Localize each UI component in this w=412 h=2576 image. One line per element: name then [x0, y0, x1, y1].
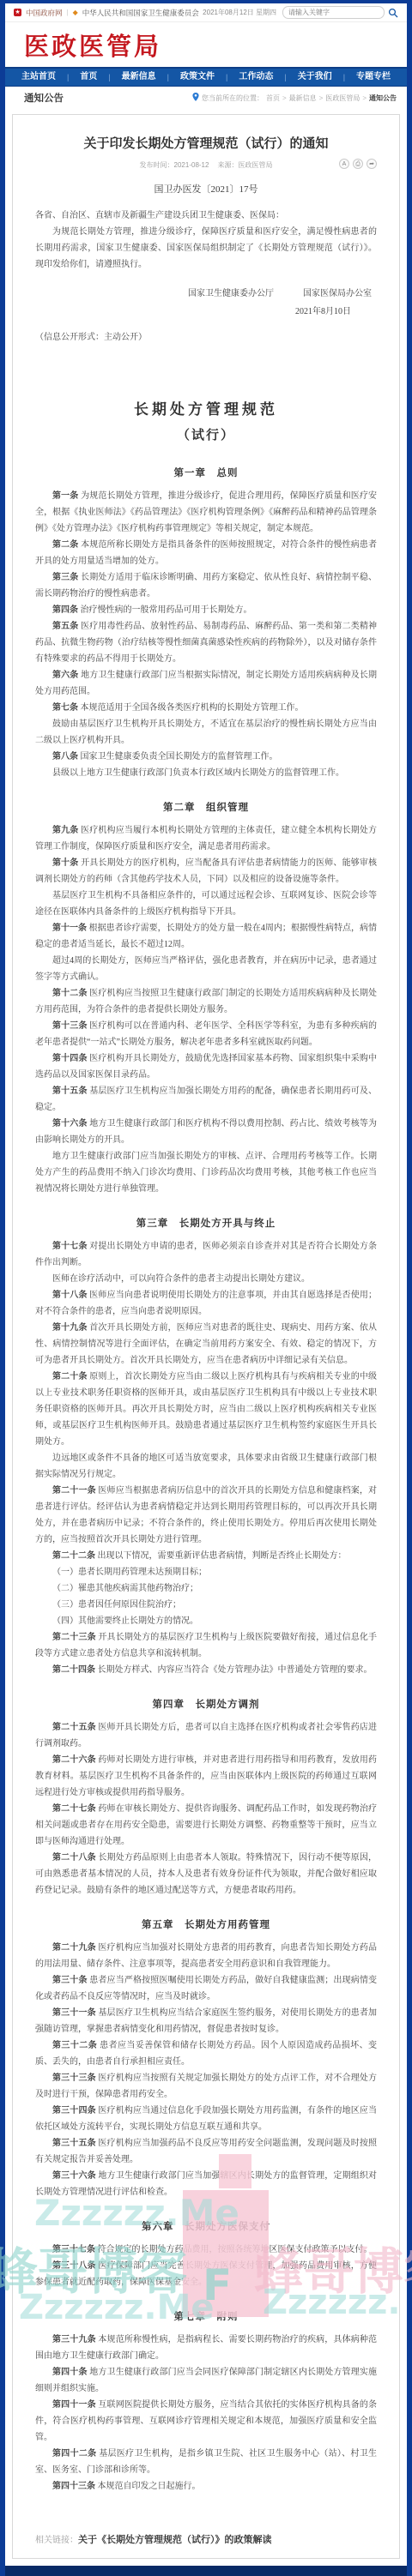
regulation-paragraph: 第十九条 首次开具长期处方前，医师应当对患者的既往史、现病史、用药方案、依从性、…: [35, 1320, 377, 1369]
breadcrumb-prefix: 您当前所在的位置：: [202, 93, 264, 103]
chapter-heading: 第六章 长期处方医保支付: [35, 2219, 377, 2233]
site-title: 医政医管局: [24, 27, 161, 63]
chapter-heading: 第一章 总则: [35, 466, 377, 479]
gov-portal-link[interactable]: 中国政府网: [26, 8, 63, 18]
regulation-paragraph: 第十二条 医疗机构应当按照卫生健康行政部门制定的长期处方适用疾病病种及长期处方用…: [35, 985, 377, 1018]
notice-body: 各省、自治区、直辖市及新疆生产建设兵团卫生健康委、医保局：为规范长期处方管理，推…: [35, 208, 377, 273]
regulation-body: 第一章 总则第一条 为规范长期处方管理，推进分级诊疗，促进合理用药，保障医疗质量…: [35, 466, 377, 2495]
search-button[interactable]: [388, 8, 398, 18]
search-input[interactable]: [282, 6, 385, 19]
regulation-paragraph: 第一条 为规范长期处方管理，推进分级诊疗，促进合理用药，保障医疗质量和医疗安全，…: [35, 488, 377, 537]
regulation-paragraph: 第四十三条 本规范自印发之日起施行。: [35, 2478, 377, 2495]
regulation-paragraph: 第十五条 基层医疗卫生机构应当加强长期处方用药的配备，确保患者长期用药可及、稳定…: [35, 1083, 377, 1116]
regulation-paragraph: 医师在诊疗活动中，可以向符合条件的患者主动提出长期处方建议。: [35, 1271, 377, 1287]
print-icon-glyph: ⎙: [355, 161, 360, 167]
regulation-paragraph: 第三十二条 患者应当妥善保管和储存长期处方药品。因个人原因造成药品损坏、变质、丢…: [35, 2037, 377, 2070]
regulation-title: 长期处方管理规范: [35, 397, 377, 418]
nav-item-6[interactable]: 专题专栏: [345, 69, 402, 86]
document-number: 国卫办医发〔2021〕17号: [35, 182, 377, 196]
chapter-heading: 第三章 长期处方开具与终止: [35, 1216, 377, 1230]
nav-item-4[interactable]: 工作动态: [227, 69, 284, 86]
regulation-paragraph: （三）患者因任何原因住院治疗；: [35, 1597, 377, 1613]
breadcrumb-item-0[interactable]: 首页: [266, 93, 280, 103]
regulation-paragraph: 第二十八条 长期处方药品原则上由患者本人领取。特殊情况下，因行动不便等原因，可由…: [35, 1850, 377, 1899]
regulation-paragraph: 第二十一条 医师应当根据患者病历信息中的首次开具的长期处方信息和健康档案，对患者…: [35, 1483, 377, 1548]
footer-band: [5, 2566, 407, 2576]
regulation-paragraph: 地方卫生健康行政部门应当加强长期处方的审核、点评、合理用药考核等工作。长期处方产…: [35, 1148, 377, 1197]
signing-date: 2021年8月10日: [35, 303, 377, 321]
regulation-paragraph: 第十一条 根据患者诊疗需要，长期处方的处方量一般在4周内；根据慢性病特点，病情稳…: [35, 920, 377, 953]
nav-item-1[interactable]: 首页: [69, 69, 108, 86]
regulation-paragraph: 超过4周的长期处方，医师应当严格评估，强化患者教育，并在病历中记录，患者通过签字…: [35, 953, 377, 985]
font-size-icon-glyph: A: [342, 161, 347, 167]
regulation-paragraph: 第六条 地方卫生健康行政部门应当根据实际情况，制定长期处方适用疾病病种及长期处方…: [35, 667, 377, 700]
regulation-paragraph: 第二十四条 长期处方样式、内容应当符合《处方管理办法》中普通处方管理的要求。: [35, 1662, 377, 1678]
regulation-paragraph: 第二十三条 开具长期处方的基层医疗卫生机构与上级医院要做好衔接，通过信息化手段等…: [35, 1629, 377, 1662]
section-strip: 通知公告 您当前所在的位置：首页>最新信息>医政医管局>通知公告: [5, 87, 407, 109]
publish-date: 发布时间：2021-08-12: [140, 160, 209, 170]
chapter-heading: 第二章 组织管理: [35, 800, 377, 814]
masthead: 医政医管局: [5, 22, 407, 67]
regulation-paragraph: 第十条 开具长期处方的医疗机构，应当配备具有评估患者病情能力的医师、能够审核调剂…: [35, 855, 377, 888]
regulation-paragraph: 第二十五条 医师开具长期处方后，患者可以自主选择在医疗机构或者社会零售药店进行调…: [35, 1719, 377, 1752]
regulation-paragraph: （二）罹患其他疾病需其他药物治疗；: [35, 1580, 377, 1597]
regulation-paragraph: 第三十八条 医疗保障部门应当完善长期处方医保支付管理，加强药品费用审核，方便参保…: [35, 2258, 377, 2290]
article-card: 关于印发长期处方管理规范（试行）的通知 发布时间：2021-08-12 来源：医…: [12, 114, 400, 2559]
regulation-subtitle: （试行）: [35, 425, 377, 443]
regulation-paragraph: 第十四条 医疗机构开具长期处方，鼓励优先选择国家基本药物、国家组织集中采购中选药…: [35, 1050, 377, 1083]
regulation-paragraph: （一）患者长期用药管理未达预期目标；: [35, 1564, 377, 1580]
regulation-paragraph: 第三十一条 基层医疗卫生机构应当结合家庭医生签约服务，对使用长期处方的患者加强随…: [35, 2005, 377, 2037]
breadcrumb-separator: >: [362, 94, 367, 102]
top-utility-bar: ★ 中国政府网 | ◆ 中华人民共和国国家卫生健康委员会 2021年08月12日…: [5, 3, 407, 22]
signature-block: 国家卫生健康委办公厅国家医保局办公室 2021年8月10日: [35, 285, 377, 321]
regulation-paragraph: 第二条 本规范所称长期处方是指具备条件的医师按照规定，对符合条件的慢性病患者开具…: [35, 537, 377, 569]
share-icon[interactable]: ➦: [367, 159, 377, 169]
page-background: ★ 中国政府网 | ◆ 中华人民共和国国家卫生健康委员会 2021年08月12日…: [0, 0, 412, 2576]
regulation-paragraph: 第四条 治疗慢性病的一般常用药品可用于长期处方。: [35, 602, 377, 618]
nhc-emblem-icon: ◆: [73, 9, 78, 16]
regulation-paragraph: 第三十五条 医疗机构应当加强药品不良反应等用药安全问题监测，发现问题及时按照有关…: [35, 2135, 377, 2168]
regulation-paragraph: 县级以上地方卫生健康行政部门负责本行政区域内长期处方的监督管理工作。: [35, 765, 377, 781]
regulation-paragraph: 第三十七条 符合规定的长期处方药品费用，按照各统筹地区医保支付政策予以支付。: [35, 2242, 377, 2258]
regulation-paragraph: 基层医疗卫生机构不具备相应条件的，可以通过远程会诊、互联网复诊、医院会诊等途径在…: [35, 888, 377, 920]
notice-paragraph: 为规范长期处方管理，推进分级诊疗，保障医疗质量和医疗安全，满足慢性病患者的长期用…: [35, 224, 377, 273]
font-size-icon[interactable]: A: [339, 159, 349, 169]
regulation-paragraph: 第二十七条 药师在审核长期处方、提供咨询服务、调配药品工作时，如发现药物治疗相关…: [35, 1801, 377, 1850]
breadcrumb: 您当前所在的位置：首页>最新信息>医政医管局>通知公告: [192, 93, 397, 103]
regulation-paragraph: 边远地区或条件不具备的地区可适当放宽要求，具体要求由省级卫生健康行政部门根据实际…: [35, 1450, 377, 1483]
regulation-paragraph: 第十八条 医师应当向患者说明使用长期处方的注意事项，并由其自愿选择是否使用；对不…: [35, 1287, 377, 1320]
gov-emblem-icon: ★: [14, 9, 21, 16]
regulation-paragraph: 第八条 国家卫生健康委负责全国长期处方的监督管理工作。: [35, 749, 377, 765]
regulation-paragraph: 第二十二条 出现以下情况，需要重新评估患者病情，判断是否终止长期处方：: [35, 1548, 377, 1564]
breadcrumb-item-3: 通知公告: [369, 93, 397, 103]
nav-item-3[interactable]: 政策文件: [169, 69, 226, 86]
regulation-paragraph: （四）其他需要终止长期处方的情况。: [35, 1613, 377, 1629]
nhc-site-link[interactable]: 中华人民共和国国家卫生健康委员会: [82, 8, 199, 18]
regulation-paragraph: 鼓励由基层医疗卫生机构开具长期处方，不适宜在基层治疗的慢性病长期处方应当由二级以…: [35, 716, 377, 749]
chapter-heading: 第五章 长期处方用药管理: [35, 1917, 377, 1931]
signing-org-2: 国家医保局办公室: [303, 289, 372, 298]
regulation-paragraph: 第二十条 原则上，首次长期处方应当由二级以上医疗机构具有与疾病相关专业的中级以上…: [35, 1369, 377, 1450]
article-source: 来源：医政医管局: [217, 160, 272, 170]
share-icon-glyph: ➦: [369, 161, 374, 167]
nav-item-2[interactable]: 最新信息: [111, 69, 167, 86]
regulation-paragraph: 第三十九条 本规范所称慢性病，是指病程长、需要长期药物治疗的疾病，具体病种范围由…: [35, 2332, 377, 2364]
notice-paragraph: 各省、自治区、直辖市及新疆生产建设兵团卫生健康委、医保局：: [35, 208, 377, 224]
breadcrumb-separator: >: [282, 94, 287, 102]
regulation-paragraph: 第十六条 地方卫生健康行政部门和医疗机构不得以费用控制、药占比、绩效考核等为由影…: [35, 1116, 377, 1148]
regulation-paragraph: 第七条 本规范适用于全国各级各类医疗机构的长期处方管理工作。: [35, 700, 377, 716]
regulation-paragraph: 第三十三条 医疗机构应当按照有关规定加强长期处方的处方点评工作，对不合理处方及时…: [35, 2070, 377, 2103]
regulation-paragraph: 第十七条 对提出长期处方申请的患者，医师必须亲自诊查并对其是否符合长期处方条件作…: [35, 1238, 377, 1271]
regulation-paragraph: 第三十条 患者应当严格按照医嘱使用长期处方药品，做好自我健康监测；出现病情变化或…: [35, 1972, 377, 2005]
regulation-paragraph: 第四十条 地方卫生健康行政部门应当会同医疗保障部门制定辖区内长期处方管理实施细则…: [35, 2364, 377, 2397]
topbar-divider: |: [67, 9, 69, 16]
regulation-paragraph: 第二十九条 医疗机构应当加强对长期处方患者的用药教育，向患者告知长期处方药品的用…: [35, 1940, 377, 1972]
disclosure-note: （信息公开形式：主动公开）: [35, 329, 377, 342]
regulation-paragraph: 第五条 医疗用毒性药品、放射性药品、易制毒药品、麻醉药品、第一类和第二类精神药品…: [35, 618, 377, 667]
regulation-paragraph: 第九条 医疗机构应当履行本机构长期处方管理的主体责任，建立健全本机构长期处方管理…: [35, 822, 377, 855]
print-icon[interactable]: ⎙: [353, 159, 363, 169]
signing-org-1: 国家卫生健康委办公厅: [188, 289, 274, 298]
breadcrumb-item-1[interactable]: 最新信息: [289, 93, 317, 103]
regulation-paragraph: 第三十四条 医疗机构应当通过信息化手段加强长期处方用药监测，有条件的地区应当依托…: [35, 2103, 377, 2135]
related-label: 相关链接：: [35, 2536, 78, 2545]
regulation-paragraph: 第四十一条 互联网医院提供长期处方服务，应当结合其依托的实体医疗机构具备的条件，…: [35, 2397, 377, 2446]
section-title: 通知公告: [24, 91, 64, 105]
chapter-heading: 第七章 附则: [35, 2309, 377, 2323]
regulation-paragraph: 第十三条 医疗机构可以在普通内科、老年医学、全科医学等科室，为患有多种疾病的老年…: [35, 1018, 377, 1050]
nav-item-0[interactable]: 主站首页: [10, 69, 67, 86]
breadcrumb-separator: >: [319, 94, 324, 102]
main-navigation: 主站首页|首页|最新信息|政策文件|工作动态|关于我们|专题专栏: [5, 67, 407, 87]
location-pin-icon: [192, 93, 199, 103]
chapter-heading: 第四章 长期处方调剂: [35, 1697, 377, 1711]
regulation-paragraph: 第三十六条 地方卫生健康行政部门应当加强辖区内长期处方的监督管理，定期组织对长期…: [35, 2168, 377, 2200]
nav-item-5[interactable]: 关于我们: [287, 69, 343, 86]
policy-interpretation-link[interactable]: 关于《长期处方管理规范（试行）》的政策解读: [78, 2535, 272, 2545]
regulation-paragraph: 第四十二条 基层医疗卫生机构，是指乡镇卫生院、社区卫生服务中心（站）、村卫生室、…: [35, 2446, 377, 2478]
article-title: 关于印发长期处方管理规范（试行）的通知: [35, 134, 377, 152]
current-date: 2021年08月12日 星期四: [203, 8, 276, 17]
regulation-paragraph: 第三条 长期处方适用于临床诊断明确、用药方案稳定、依从性良好、病情控制平稳、需长…: [35, 569, 377, 602]
related-links-row: 相关链接：关于《长期处方管理规范（试行）》的政策解读: [35, 2524, 377, 2546]
breadcrumb-item-2[interactable]: 医政医管局: [325, 93, 360, 103]
search-icon: [388, 8, 398, 21]
regulation-paragraph: 第二十六条 药师对长期处方进行审核，并对患者进行用药指导和用药教育，发放用药教育…: [35, 1752, 377, 1801]
article-meta: 发布时间：2021-08-12 来源：医政医管局 A⎙➦: [35, 160, 377, 170]
